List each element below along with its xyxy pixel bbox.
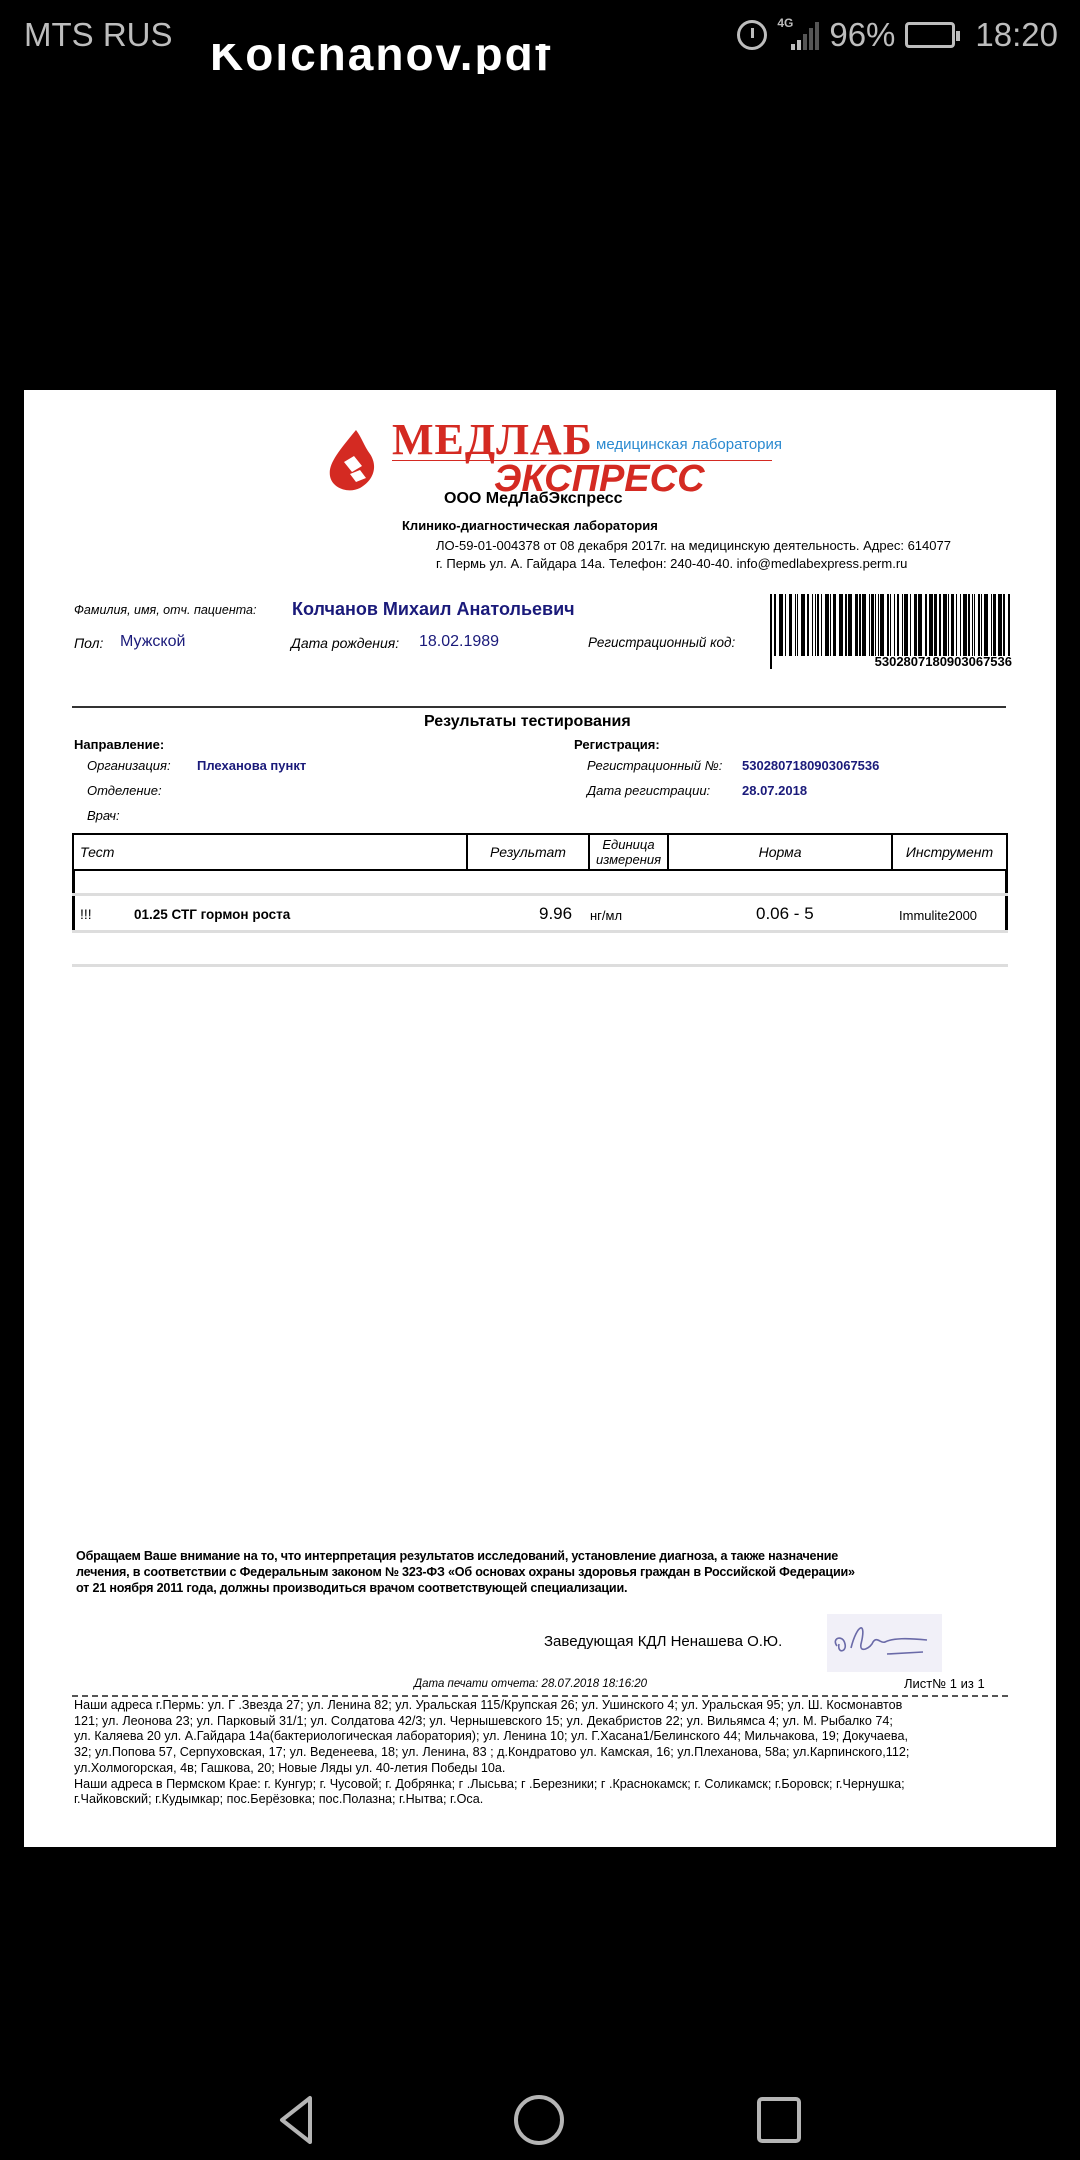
regcode-label: Регистрационный код:: [588, 635, 735, 650]
reg-num: 5302807180903067536: [742, 758, 879, 773]
test-unit: нг/мл: [590, 908, 622, 923]
col-unit: Единица измерения: [589, 834, 668, 870]
document-page[interactable]: МЕДЛАБ медицинская лаборатория ЭКСПРЕСС …: [24, 390, 1056, 1847]
signature-image: [827, 1614, 942, 1672]
patient-sex: Мужской: [120, 633, 185, 651]
col-instrument: Инструмент: [892, 834, 1007, 870]
address-line: Наши адреса г.Пермь: ул. Г .Звезда 27; у…: [74, 1698, 1014, 1714]
network-type: 4G: [777, 16, 793, 30]
address-line: г. Пермь ул. А. Гайдара 14а. Телефон: 24…: [436, 556, 907, 571]
registration-heading: Регистрация:: [574, 737, 660, 752]
dob-label: Дата рождения:: [291, 635, 399, 651]
results-table: Тест Результат Единица измерения Норма И…: [72, 833, 1008, 871]
org-value: Плеханова пункт: [197, 758, 306, 773]
navigation-bar: [0, 2060, 1080, 2160]
col-test: Тест: [73, 834, 467, 870]
carrier-name: MTS RUS: [24, 16, 173, 54]
address-line: Наши адреса в Пермском Крае: г. Кунгур; …: [74, 1777, 1014, 1793]
address-line: 32; ул.Попова 57, Серпуховская, 17; ул. …: [74, 1745, 1014, 1761]
back-icon[interactable]: [276, 2094, 316, 2146]
test-name: 01.25 СТГ гормон роста: [134, 907, 290, 922]
test-norm: 0.06 - 5: [756, 904, 814, 924]
address-line: ул.Холмогорская, 4в; Гашкова, 20; Новые …: [74, 1761, 1014, 1777]
reg-date: 28.07.2018: [742, 783, 807, 798]
patient-name-label: Фамилия, имя, отч. пациента:: [74, 603, 256, 617]
barcode-bars: [774, 594, 1010, 656]
barcode-number: 5302807180903067536: [875, 654, 1012, 669]
org-label: Организация:: [87, 758, 171, 773]
legal-notice: Обращаем Ваше внимание на то, что интерп…: [76, 1548, 855, 1596]
logo-tagline: медицинская лаборатория: [596, 436, 782, 453]
col-result: Результат: [467, 834, 589, 870]
address-line: ул. Каляева 20 ул. А.Гайдара 14а(бактери…: [74, 1729, 1014, 1745]
battery-percent: 96%: [829, 16, 895, 54]
signatory: Заведующая КДЛ Ненашева О.Ю.: [544, 1633, 782, 1650]
sheet-number: Лист№ 1 из 1: [904, 1676, 985, 1691]
notice-line: лечения, в соответствии с Федеральным за…: [76, 1564, 855, 1580]
flag-alert: !!!: [80, 906, 92, 922]
sex-label: Пол:: [74, 635, 103, 651]
col-norm: Норма: [668, 834, 892, 870]
drop-logo-icon: [326, 428, 386, 492]
recents-icon[interactable]: [756, 2096, 804, 2144]
barcode: 5302807180903067536: [770, 594, 1012, 669]
medlab-logo: МЕДЛАБ медицинская лаборатория ЭКСПРЕСС: [326, 410, 776, 500]
notice-line: Обращаем Ваше внимание на то, что интерп…: [76, 1548, 855, 1564]
battery-icon: [905, 22, 955, 48]
logo-med: МЕДЛАБ: [392, 415, 593, 464]
print-date: Дата печати отчета: 28.07.2018 18:16:20: [414, 1678, 647, 1690]
divider: [72, 706, 1006, 708]
patient-name: Колчанов Михаил Анатольевич: [292, 599, 575, 620]
lab-type: Клинико-диагностическая лаборатория: [402, 518, 658, 533]
reg-date-label: Дата регистрации:: [587, 783, 710, 798]
viewer-title: Kolchanov.pdf: [210, 44, 552, 74]
notice-line: от 21 ноября 2011 года, должны производи…: [76, 1580, 855, 1596]
addresses: Наши адреса г.Пермь: ул. Г .Звезда 27; у…: [74, 1698, 1014, 1808]
reg-num-label: Регистрационный №:: [587, 758, 722, 773]
alarm-icon: [737, 20, 767, 50]
clock: 18:20: [975, 16, 1058, 54]
address-line: г.Чайковский; г.Кудымкар; пос.Берёзовка;…: [74, 1792, 1014, 1808]
dept-label: Отделение:: [87, 783, 162, 798]
address-line: 121; ул. Леонова 23; ул. Парковый 31/1; …: [74, 1714, 1014, 1730]
company-name: ООО МедЛабЭкспресс: [444, 490, 623, 508]
signal-icon: 4G: [777, 20, 819, 50]
dashed-divider: [72, 1695, 1008, 1697]
test-result: 9.96: [539, 904, 572, 924]
license-line: ЛО-59-01-004378 от 08 декабря 2017г. на …: [436, 538, 951, 553]
test-instrument: Immulite2000: [899, 908, 977, 923]
direction-heading: Направление:: [74, 737, 164, 752]
doctor-label: Врач:: [87, 808, 120, 823]
patient-dob: 18.02.1989: [419, 633, 499, 651]
home-icon[interactable]: [512, 2094, 566, 2146]
table-header: Тест Результат Единица измерения Норма И…: [73, 834, 1007, 870]
results-title: Результаты тестирования: [424, 713, 631, 731]
